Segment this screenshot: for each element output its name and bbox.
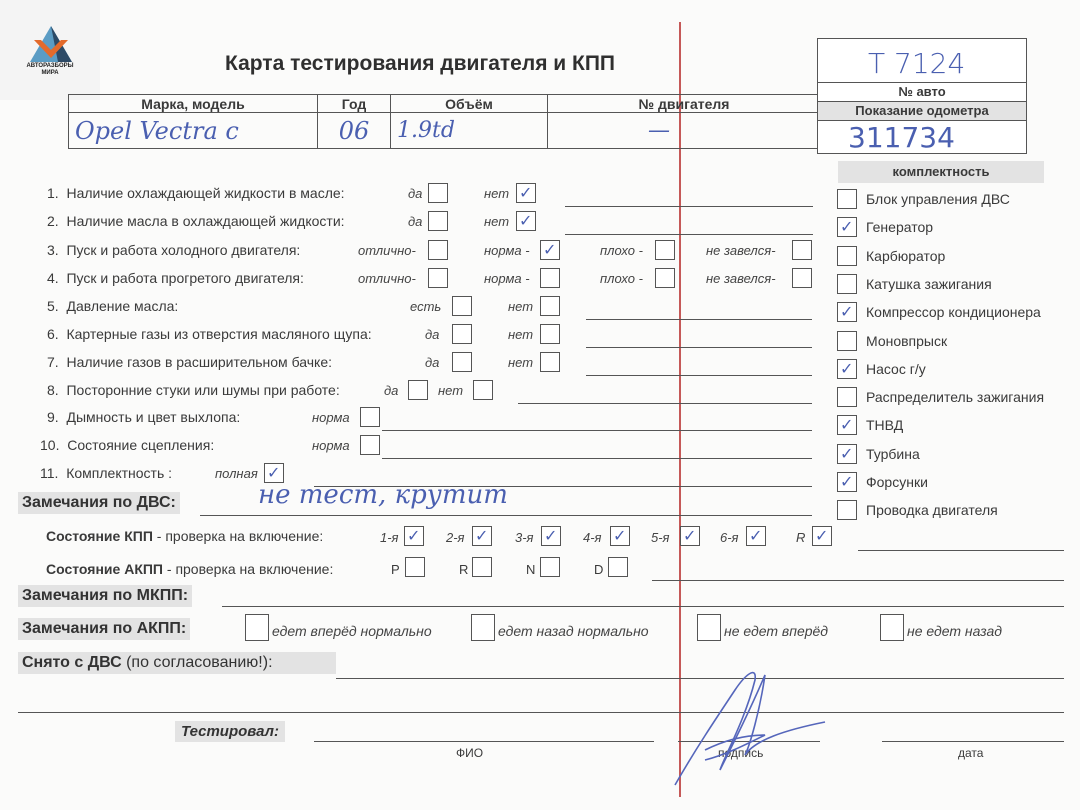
akpp-remark-checkbox-2[interactable] [471,614,495,641]
option-label: полная [215,466,258,481]
option-label: нет [438,383,463,398]
comment-line[interactable] [518,403,812,404]
completeness-item: ТНВД [866,417,903,433]
date-line[interactable] [882,741,1064,742]
completeness-checkbox-2[interactable]: ✓ [837,217,857,237]
completeness-checkbox-4[interactable] [837,274,857,294]
completeness-checkbox-9[interactable]: ✓ [837,415,857,435]
mkpp-remarks-label: Замечания по МКПП: [18,585,192,607]
comment-line[interactable] [586,347,812,348]
checkbox-7-2[interactable] [540,352,560,372]
akpp-remark-checkbox-1[interactable] [245,614,269,641]
checklist-item-5: 5. Давление масла: [47,298,178,314]
checkbox-2-1[interactable] [428,211,448,231]
logo: АВТОРАЗБОРЫ МИРА [0,0,100,100]
option-label: да [408,186,422,201]
completeness-item: Карбюратор [866,248,945,264]
completeness-item: Распределитель зажигания [866,389,1044,405]
col-year: Год [318,95,391,113]
check-mark-icon: ✓ [840,474,853,490]
year-value[interactable]: 06 [318,113,391,149]
col-volume: Объём [391,95,548,113]
completeness-item: Насос г/у [866,361,926,377]
fio-line[interactable] [314,741,654,742]
option-label: норма [312,410,350,425]
gear-label: 5-я [651,530,670,545]
check-mark-icon: ✓ [840,446,853,462]
car-info-block: T 7124 № авто Показание одометра 311734 [817,38,1027,154]
auto-gearbox-label: Состояние АКПП - проверка на включение: [46,561,333,577]
option-label: да [384,383,398,398]
gear-checkbox-4[interactable]: ✓ [610,526,630,546]
option-label: да [425,327,439,342]
option-label: норма - [484,271,530,286]
logo-text-line1: АВТОРАЗБОРЫ [0,63,100,69]
gear-label: 4-я [583,530,602,545]
odometer-value[interactable]: 311734 [848,121,955,154]
gear-label: 2-я [446,530,465,545]
akpp-position-checkbox-3[interactable] [540,557,560,577]
gear-checkbox-3[interactable]: ✓ [541,526,561,546]
tested-by-label: Тестировал: [175,721,285,742]
engine-number-value[interactable]: — [548,113,821,149]
check-mark-icon: ✓ [815,528,828,544]
completeness-checkbox-8[interactable] [837,387,857,407]
gear-label: 6-я [720,530,739,545]
gear-label: 1-я [380,530,399,545]
checkbox-4-1[interactable] [428,268,448,288]
option-label: нет [508,327,533,342]
checkbox-8-1[interactable] [408,380,428,400]
checkbox-3-2[interactable]: ✓ [540,240,560,260]
checklist-item-4: 4. Пуск и работа прогретого двигателя: [47,270,304,286]
completeness-checkbox-7[interactable]: ✓ [837,359,857,379]
checkbox-1-1[interactable] [428,183,448,203]
akpp-remarks-label: Замечания по АКПП: [18,618,190,640]
check-mark-icon: ✓ [543,242,556,258]
checklist-item-10: 10. Состояние сцепления: [40,437,214,453]
volume-value[interactable]: 1.9td [391,113,548,149]
option-label: плохо - [600,271,643,286]
gear-checkbox-5[interactable]: ✓ [680,526,700,546]
make-model-value[interactable]: Opel Vectra c [69,113,318,149]
akpp-position-checkbox-1[interactable] [405,557,425,577]
checkbox-3-1[interactable] [428,240,448,260]
option-label: не завелся- [706,271,776,286]
completeness-checkbox-1[interactable] [837,189,857,209]
checklist-item-1: 1. Наличие охлаждающей жидкости в масле: [47,185,345,201]
handwritten-signature [665,660,835,790]
completeness-checkbox-11[interactable]: ✓ [837,472,857,492]
akpp-position-label: D [594,562,603,577]
checkbox-4-2[interactable] [540,268,560,288]
odometer-label: Показание одометра [818,101,1026,121]
option-label: норма - [484,243,530,258]
engine-remarks-label: Замечания по ДВС: [18,492,180,514]
manual-gearbox-line[interactable] [858,550,1064,551]
option-label: нет [484,186,509,201]
checkbox-7-1[interactable] [452,352,472,372]
akpp-remark-label: не едет назад [907,623,1002,639]
checkbox-3-4[interactable] [792,240,812,260]
check-mark-icon: ✓ [840,219,853,235]
checkbox-1-2[interactable]: ✓ [516,183,536,203]
akpp-position-checkbox-2[interactable] [472,557,492,577]
option-label: плохо - [600,243,643,258]
option-label: есть [410,299,441,314]
comment-line[interactable] [565,234,813,235]
car-number-label: № авто [818,84,1026,99]
checkbox-9-1[interactable] [360,407,380,427]
completeness-item: Генератор [866,219,933,235]
option-label: нет [508,355,533,370]
check-mark-icon: ✓ [267,465,280,481]
comment-line[interactable] [565,206,813,207]
check-mark-icon: ✓ [840,417,853,433]
check-mark-icon: ✓ [840,361,853,377]
checkbox-10-1[interactable] [360,435,380,455]
checklist-item-6: 6. Картерные газы из отверстия масляного… [47,326,372,342]
fio-caption: ФИО [456,746,483,760]
checklist-item-8: 8. Посторонние стуки или шумы при работе… [47,382,340,398]
logo-mountain-icon [28,24,74,64]
form-title: Карта тестирования двигателя и КПП [225,52,615,76]
checklist-item-2: 2. Наличие масла в охлаждающей жидкости: [47,213,345,229]
engine-remarks-value[interactable]: не тест, крутит [258,480,508,510]
checkbox-5-1[interactable] [452,296,472,316]
gear-checkbox-6[interactable]: ✓ [746,526,766,546]
check-mark-icon: ✓ [840,304,853,320]
comment-line[interactable] [586,319,812,320]
checklist-item-9: 9. Дымность и цвет выхлопа: [47,409,240,425]
completeness-checkbox-5[interactable]: ✓ [837,302,857,322]
completeness-title: комплектность [838,161,1044,183]
check-mark-icon: ✓ [475,528,488,544]
logo-text-line2: МИРА [0,70,100,76]
akpp-remark-checkbox-4[interactable] [880,614,904,641]
comment-line[interactable] [382,458,812,459]
checklist-item-11: 11. Комплектность : [40,465,172,481]
option-label: нет [484,214,509,229]
option-label: да [425,355,439,370]
comment-line[interactable] [382,430,812,431]
checklist-item-3: 3. Пуск и работа холодного двигателя: [47,242,300,258]
option-label: норма [312,438,350,453]
completeness-item: Проводка двигателя [866,502,998,518]
akpp-remark-label: не едет вперёд [724,623,828,639]
completeness-item: Компрессор кондиционера [866,304,1041,320]
akpp-remark-checkbox-3[interactable] [697,614,721,641]
auto-gearbox-line[interactable] [652,580,1064,581]
option-label: отлично- [358,243,416,258]
gear-label: R [796,530,805,545]
checklist-item-7: 7. Наличие газов в расширительном бачке: [47,354,332,370]
check-mark-icon: ✓ [519,213,532,229]
col-make-model: Марка, модель [69,95,318,113]
akpp-remark-label: едет вперёд нормально [272,623,432,639]
manual-gearbox-label: Состояние КПП - проверка на включение: [46,528,323,544]
checkbox-3-3[interactable] [655,240,675,260]
completeness-item: Моновпрыск [866,333,947,349]
akpp-position-checkbox-4[interactable] [608,557,628,577]
col-engine-number: № двигателя [548,95,821,113]
option-label: да [408,214,422,229]
removed-label: Снято с ДВС (по согласованию!): [18,652,336,674]
car-number-value[interactable]: T 7124 [868,47,965,80]
akpp-position-label: R [459,562,468,577]
check-mark-icon: ✓ [544,528,557,544]
removed-line-2[interactable] [18,712,1064,713]
completeness-checkbox-12[interactable] [837,500,857,520]
check-mark-icon: ✓ [749,528,762,544]
check-mark-icon: ✓ [407,528,420,544]
gear-checkbox-7[interactable]: ✓ [812,526,832,546]
gear-checkbox-1[interactable]: ✓ [404,526,424,546]
checkbox-2-2[interactable]: ✓ [516,211,536,231]
check-mark-icon: ✓ [613,528,626,544]
check-mark-icon: ✓ [519,185,532,201]
completeness-checkbox-6[interactable] [837,331,857,351]
date-caption: дата [958,746,983,760]
gear-label: 3-я [515,530,534,545]
mkpp-remarks-line[interactable] [222,606,1064,607]
completeness-item: Форсунки [866,474,928,490]
vehicle-info-table: Марка, модель Год Объём № двигателя Opel… [68,94,820,149]
akpp-remark-label: едет назад нормально [498,623,649,639]
completeness-item: Катушка зажигания [866,276,992,292]
option-label: нет [508,299,533,314]
checkbox-6-1[interactable] [452,324,472,344]
checkbox-4-3[interactable] [655,268,675,288]
akpp-position-label: N [526,562,535,577]
completeness-item: Турбина [866,446,920,462]
engine-remarks-line[interactable] [200,515,812,516]
completeness-checkbox-10[interactable]: ✓ [837,444,857,464]
completeness-checkbox-3[interactable] [837,246,857,266]
checkbox-5-2[interactable] [540,296,560,316]
checkbox-6-2[interactable] [540,324,560,344]
option-label: отлично- [358,271,416,286]
checkbox-4-4[interactable] [792,268,812,288]
gear-checkbox-2[interactable]: ✓ [472,526,492,546]
check-mark-icon: ✓ [683,528,696,544]
option-label: не завелся- [706,243,776,258]
checkbox-8-2[interactable] [473,380,493,400]
comment-line[interactable] [586,375,812,376]
completeness-item: Блок управления ДВС [866,191,1010,207]
akpp-position-label: P [391,562,400,577]
